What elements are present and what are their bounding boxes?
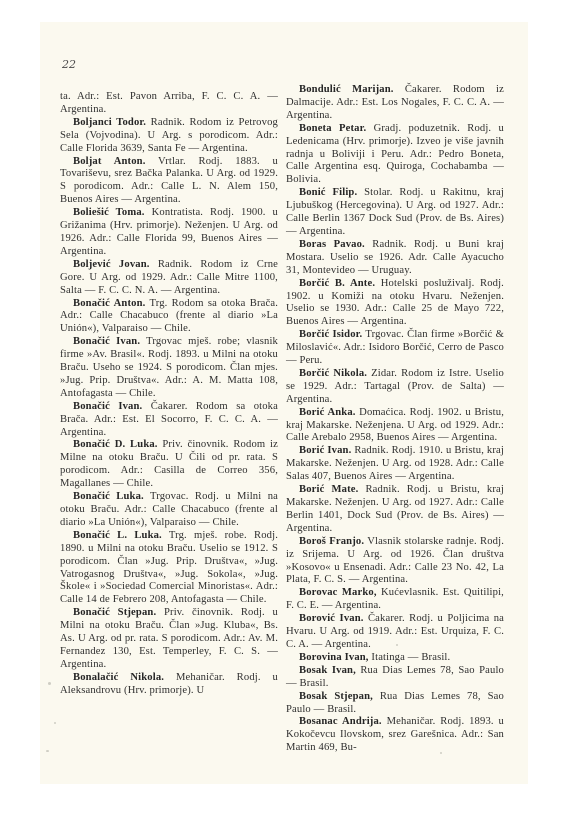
entry-name: Borovina Ivan, (299, 652, 369, 663)
directory-entry: Bosak Ivan, Rua Dias Lemes 78, Sao Paulo… (286, 665, 504, 691)
directory-entry: Borčić B. Ante. Hotelski posluživalj. Ro… (286, 278, 504, 330)
directory-entry: ta. Adr.: Est. Pavon Arriba, F. C. C. A.… (60, 91, 278, 117)
entry-name: Bosanac Andrija. (299, 716, 382, 727)
directory-entry: Boliešić Toma. Kontratista. Rodj. 1900. … (60, 207, 278, 259)
entry-name: Borić Ivan. (299, 445, 351, 456)
directory-entry: Bondulić Marijan. Čakarer. Rodom iz Dalm… (286, 84, 504, 123)
entry-name: Bonačić Ivan. (73, 336, 140, 347)
entry-name: Bonalačić Nikola. (73, 672, 164, 683)
directory-entry: Borić Anka. Domaćica. Rodj. 1902. u Bris… (286, 407, 504, 446)
directory-entry: Bonačić Ivan. Čakarer. Rodom sa otoka Br… (60, 401, 278, 440)
entry-name: Boljanci Todor. (73, 117, 146, 128)
directory-entry: Boljanci Todor. Radnik. Rodom iz Petrovo… (60, 117, 278, 156)
entry-name: Boroš Franjo. (299, 536, 364, 547)
entry-name: Borovac Marko, (299, 587, 377, 598)
scan-speck (48, 682, 51, 685)
scan-speck (396, 644, 398, 646)
scan-speck (408, 722, 411, 724)
directory-entry: Bonačić L. Luka. Trg. mješ. robe. Rodj. … (60, 530, 278, 607)
entry-name: Borić Anka. (299, 407, 356, 418)
entry-name: Bonić Filip. (299, 187, 357, 198)
entry-name: Boljat Anton. (73, 156, 146, 167)
directory-entry: Bonačić Luka. Trgovac. Rodj. u Milni na … (60, 491, 278, 530)
scan-speck (440, 752, 442, 754)
entry-name: Bosak Stjepan, (299, 691, 373, 702)
entry-name: Borović Ivan. (299, 613, 364, 624)
directory-entry: Borović Ivan. Čakarer. Rodj. u Poljicima… (286, 613, 504, 652)
entry-name: Borčić Isidor. (299, 329, 362, 340)
entry-name: Boras Pavao. (299, 239, 365, 250)
directory-entry: Borčić Isidor. Trgovac. Član firme »Borč… (286, 329, 504, 368)
entry-name: Bonačić L. Luka. (73, 530, 162, 541)
entry-name: Borić Mate. (299, 484, 358, 495)
right-column: Bondulić Marijan. Čakarer. Rodom iz Dalm… (286, 84, 504, 755)
directory-entry: Boljat Anton. Vrtlar. Rodj. 1883. u Tova… (60, 156, 278, 208)
entry-name: Bonačić Ivan. (73, 401, 142, 412)
entry-name: Borčić Nikola. (299, 368, 367, 379)
directory-entry: Boneta Petar. Gradj. poduzetnik. Rodj. u… (286, 123, 504, 188)
entry-name: Boliešić Toma. (73, 207, 145, 218)
directory-entry: Bonić Filip. Stolar. Rodj. u Rakitnu, kr… (286, 187, 504, 239)
directory-entry: Boroš Franjo. Vlasnik stolarske radnje. … (286, 536, 504, 588)
page-number: 22 (62, 58, 76, 71)
entry-name: Bondulić Marijan. (299, 84, 394, 95)
directory-entry: Bonačić Stjepan. Priv. činovnik. Rodj. u… (60, 607, 278, 672)
directory-entry: Bosak Stjepan, Rua Dias Lemes 78, Sao Pa… (286, 691, 504, 717)
entry-name: Boneta Petar. (299, 123, 366, 134)
left-column: ta. Adr.: Est. Pavon Arriba, F. C. C. A.… (60, 91, 278, 698)
scanned-page: 22 ta. Adr.: Est. Pavon Arriba, F. C. C.… (40, 22, 528, 784)
scan-speck (54, 722, 56, 724)
entry-name: Borčić B. Ante. (299, 278, 375, 289)
entry-name: Bonačić Anton. (73, 298, 145, 309)
scan-speck (46, 750, 49, 752)
entry-name: Bonačić D. Luka. (73, 439, 158, 450)
directory-entry: Bonačić Ivan. Trgovac mješ. robe; vlasni… (60, 336, 278, 401)
directory-entry: Borić Mate. Radnik. Rodj. u Bristu, kraj… (286, 484, 504, 536)
entry-text: Trg. mješ. robe. Rodj. 1890. u Milni na … (60, 530, 278, 606)
entry-text: ta. Adr.: Est. Pavon Arriba, F. C. C. A.… (60, 91, 278, 115)
entry-name: Bonačić Luka. (73, 491, 144, 502)
directory-entry: Borčić Nikola. Zidar. Rodom iz Istre. Us… (286, 368, 504, 407)
directory-entry: Bosanac Andrija. Mehaničar. Rodj. 1893. … (286, 716, 504, 755)
directory-entry: Borovina Ivan, Itatinga — Brasil. (286, 652, 504, 665)
directory-entry: Bonačić Anton. Trg. Rodom sa otoka Brača… (60, 298, 278, 337)
entry-name: Boljević Jovan. (73, 259, 150, 270)
directory-entry: Boras Pavao. Radnik. Rodj. u Buni kraj M… (286, 239, 504, 278)
directory-entry: Bonačić D. Luka. Priv. činovnik. Rodom i… (60, 439, 278, 491)
directory-entry: Boljević Jovan. Radnik. Rodom iz Crne Go… (60, 259, 278, 298)
directory-entry: Borovac Marko, Kućevlasnik. Est. Quitili… (286, 587, 504, 613)
directory-entry: Bonalačić Nikola. Mehaničar. Rodj. u Ale… (60, 672, 278, 698)
entry-text: Itatinga — Brasil. (371, 652, 450, 663)
entry-name: Bonačić Stjepan. (73, 607, 156, 618)
directory-entry: Borić Ivan. Radnik. Rodj. 1910. u Bristu… (286, 445, 504, 484)
entry-name: Bosak Ivan, (299, 665, 356, 676)
